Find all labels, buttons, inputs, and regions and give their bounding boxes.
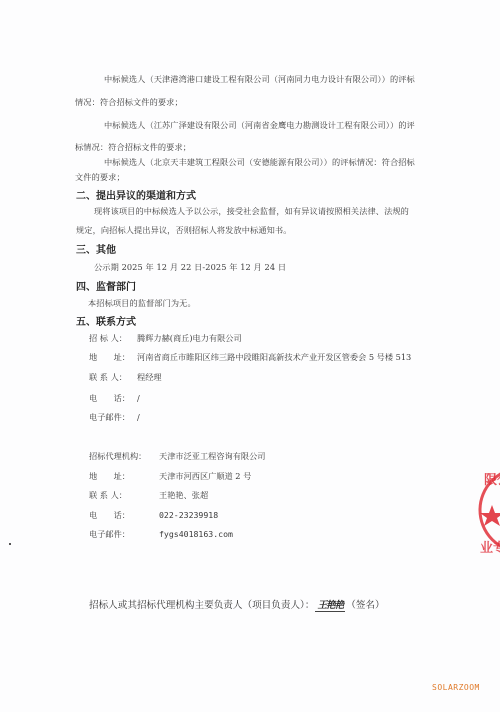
company-seal-icon: 限公 业专 xyxy=(478,450,500,570)
tenderer-email: / xyxy=(137,412,140,422)
signature-line: 招标人或其招标代理机构主要负责人（项目负责人）：王艳艳（签名） xyxy=(89,597,385,612)
tenderer-name: 腾辉力赫(商丘)电力有限公司 xyxy=(137,333,242,343)
agency-name: 天津市泛亚工程咨询有限公司 xyxy=(159,451,265,461)
field-label: 地 址： xyxy=(89,352,137,363)
tenderer-name-row: 招 标 人：腾辉力赫(商丘)电力有限公司 xyxy=(89,333,242,344)
objection-line2: 规定，向招标人提出异议，否则招标人将发放中标通知书。 xyxy=(76,225,291,236)
tenderer-address: 河南省商丘市睢阳区纬三路中段睢阳高新技术产业开发区管委会 5 号楼 513 xyxy=(137,352,411,362)
field-label: 电子邮件： xyxy=(89,412,137,423)
section-heading-contact: 五、联系方式 xyxy=(76,313,136,328)
field-label: 招 标 人： xyxy=(89,333,137,344)
agency-address: 天津市河西区广顺道 2 号 xyxy=(159,471,251,481)
agency-phone: 022-23239918 xyxy=(159,510,218,520)
field-label: 联 系 人： xyxy=(89,372,137,383)
field-label: 电 话： xyxy=(89,393,137,404)
field-label: 电 话： xyxy=(89,510,159,521)
tenderer-contact-person: 程经理 xyxy=(137,372,162,382)
field-label: 招标代理机构： xyxy=(89,451,159,462)
agency-email: fygs4018163.com xyxy=(159,529,233,539)
section-heading-supervision: 四、监督部门 xyxy=(76,278,136,293)
agency-name-row: 招标代理机构：天津市泛亚工程咨询有限公司 xyxy=(89,451,265,462)
evaluation-2-line1: 中标候选人（江苏广泽建设有限公司（河南省金鹰电力勘测设计工程有限公司））的评 xyxy=(104,120,415,131)
agency-email-row: 电子邮件：fygs4018163.com xyxy=(89,529,233,540)
objection-line1: 现将该项目的中标候选人予以公示，接受社会监督，如有异议请按照相关法律、法规的 xyxy=(94,206,409,217)
agency-contact-row: 联 系 人：王艳艳、张超 xyxy=(89,490,208,501)
agency-phone-row: 电 话：022-23239918 xyxy=(89,510,218,521)
supervision-text: 本招标项目的监督部门为无。 xyxy=(88,298,196,309)
signature-suffix: （签名） xyxy=(346,600,384,611)
tenderer-phone-row: 电 话：/ xyxy=(89,393,140,404)
document-page: 中标候选人（天津港湾港口建设工程有限公司（河南同力电力设计有限公司））的评标 情… xyxy=(0,0,500,712)
tenderer-contact-row: 联 系 人：程经理 xyxy=(89,372,162,383)
agency-contact-person: 王艳艳、张超 xyxy=(159,490,208,500)
field-label: 地 址： xyxy=(89,471,159,482)
svg-text:业专: 业专 xyxy=(480,540,500,556)
signature-prefix: 招标人或其招标代理机构主要负责人（项目负责人）： xyxy=(89,600,314,611)
section-heading-objection: 二、提出异议的渠道和方式 xyxy=(76,187,196,202)
watermark-logo: SOLARZOOM xyxy=(432,683,480,692)
field-label: 电子邮件： xyxy=(89,529,159,540)
handwritten-signature: 王艳艳 xyxy=(315,597,345,612)
tenderer-address-row: 地 址：河南省商丘市睢阳区纬三路中段睢阳高新技术产业开发区管委会 5 号楼 51… xyxy=(89,352,411,363)
scan-speck xyxy=(9,543,11,545)
evaluation-3-line1: 中标候选人（北京天丰建筑工程限公司（安德能源有限公司））的评标情况：符合招标 xyxy=(104,157,415,168)
agency-address-row: 地 址：天津市河西区广顺道 2 号 xyxy=(89,471,251,482)
field-label: 联 系 人： xyxy=(89,490,159,501)
section-heading-other: 三、其他 xyxy=(76,241,116,256)
evaluation-1-line1: 中标候选人（天津港湾港口建设工程有限公司（河南同力电力设计有限公司））的评标 xyxy=(104,74,415,85)
evaluation-1-line2: 情况：符合招标文件的要求； xyxy=(75,97,183,108)
evaluation-2-line2: 标情况：符合招标文件的要求； xyxy=(75,142,191,153)
publicity-period: 公示期 2025 年 12 月 22 日-2025 年 12 月 24 日 xyxy=(94,262,286,273)
tenderer-email-row: 电子邮件：/ xyxy=(89,412,140,423)
svg-text:限公: 限公 xyxy=(484,473,500,488)
evaluation-3-line2: 文件的要求； xyxy=(75,172,125,183)
tenderer-phone: / xyxy=(137,393,140,403)
